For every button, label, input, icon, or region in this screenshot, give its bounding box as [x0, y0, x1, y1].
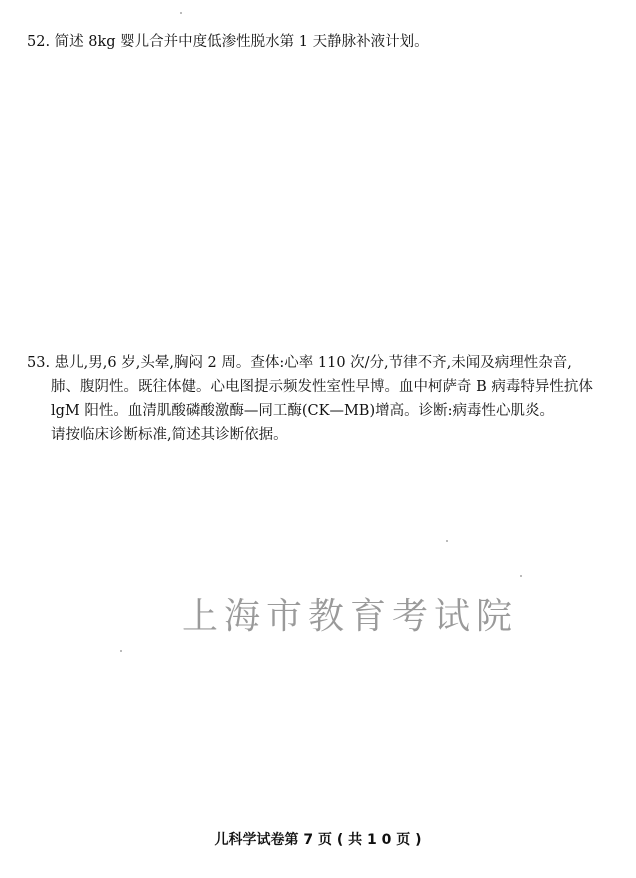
question-number: 52. [27, 34, 50, 50]
question-text: 患儿,男,6 岁,头晕,胸闷 2 周。查体:心率 110 次/分,节律不齐,未闻… [55, 355, 572, 371]
scan-speck [446, 540, 448, 542]
question-53-line-1: 53. 患儿,男,6 岁,头晕,胸闷 2 周。查体:心率 110 次/分,节律不… [27, 351, 593, 375]
scan-speck [520, 575, 522, 577]
question-number: 53. [27, 355, 50, 371]
question-53: 53. 患儿,男,6 岁,头晕,胸闷 2 周。查体:心率 110 次/分,节律不… [27, 351, 593, 447]
watermark: 上海市教育考试院 [182, 588, 518, 639]
question-52: 52. 简述 8kg 婴儿合并中度低渗性脱水第 1 天静脉补液计划。 [27, 30, 429, 54]
scan-speck [180, 12, 182, 14]
question-52-line-1: 52. 简述 8kg 婴儿合并中度低渗性脱水第 1 天静脉补液计划。 [27, 30, 429, 54]
page-footer: 儿科学试卷第 7 页 ( 共 1 0 页 ) [0, 829, 636, 849]
scan-speck [120, 650, 122, 652]
question-53-line-4: 请按临床诊断标准,简述其诊断依据。 [27, 423, 593, 447]
question-53-line-2: 肺、腹阴性。既往体健。心电图提示频发性室性早博。血中柯萨奇 B 病毒特异性抗体 [27, 375, 593, 399]
question-53-line-3: lgM 阳性。血清肌酸磷酸激酶—同工酶(CK—MB)增高。诊断:病毒性心肌炎。 [27, 399, 593, 423]
question-text: 简述 8kg 婴儿合并中度低渗性脱水第 1 天静脉补液计划。 [55, 34, 429, 50]
